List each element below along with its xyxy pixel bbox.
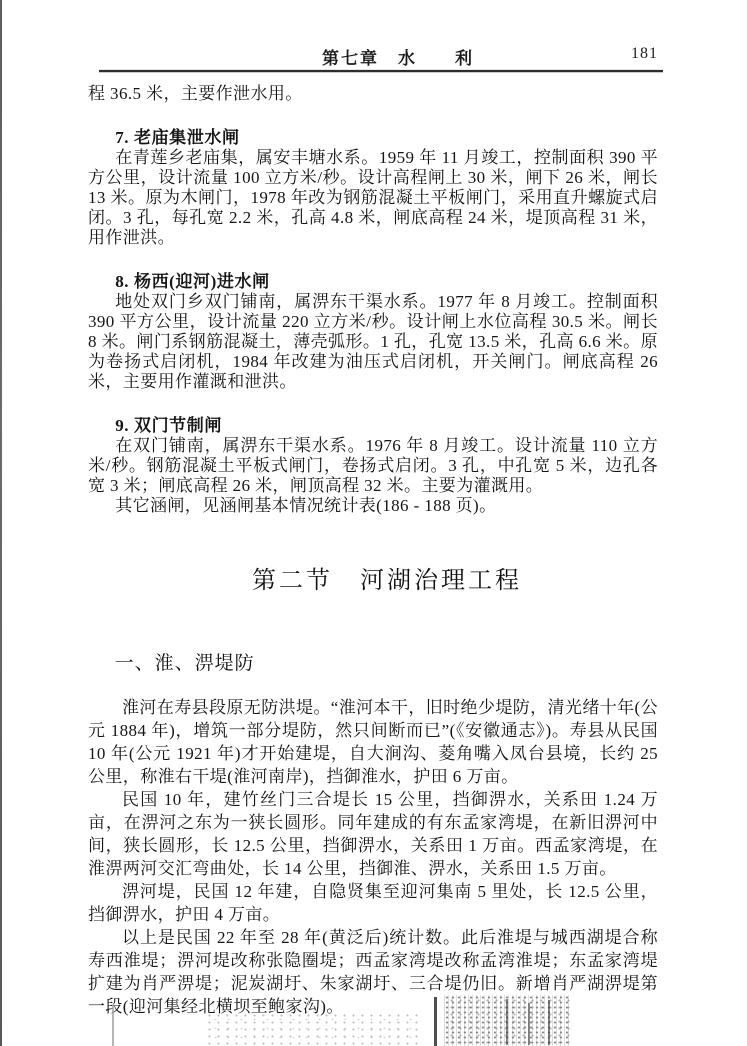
scan-noise-streak <box>506 999 508 1045</box>
carryover-line: 程 36.5 米，主要作泄水用。 <box>88 84 658 104</box>
chapter-title: 第七章 水 利 <box>118 44 678 69</box>
subsection-body: 淮河在寿县段原无防洪堤。“淮河本干，旧时绝少堤防，清光绪十年(公元 1884 年… <box>88 696 658 1018</box>
cross-reference-note: 其它涵闸，见涵闸基本情况统计表(186 - 188 页)。 <box>88 496 658 516</box>
gate-section-8: 8. 杨西(迎河)进水闸 地处双门乡双门铺南，属淠东干渠水系。1977 年 8 … <box>88 272 658 392</box>
scanned-book-page: 第七章 水 利 181 程 36.5 米，主要作泄水用。 7. 老庙集泄水闸 在… <box>0 0 747 1046</box>
gate-heading: 9. 双门节制闸 <box>88 416 658 436</box>
running-header: 第七章 水 利 181 <box>100 44 660 68</box>
paragraph: 淮河在寿县段原无防洪堤。“淮河本干，旧时绝少堤防，清光绪十年(公元 1884 年… <box>88 696 658 788</box>
gate-section-9: 9. 双门节制闸 在双门铺南，属淠东干渠水系。1976 年 8 月竣工。设计流量… <box>88 416 658 496</box>
scan-noise-light <box>205 1012 420 1046</box>
page-number: 181 <box>631 45 658 63</box>
paragraph: 民国 10 年，建竹丝门三合堤长 15 公里，挡御淠水，关系田 1.24 万亩，… <box>88 788 658 880</box>
gate-body: 在双门铺南，属淠东干渠水系。1976 年 8 月竣工。设计流量 110 立方米/… <box>88 436 658 496</box>
gate-heading: 7. 老庙集泄水闸 <box>88 128 658 148</box>
scan-noise-tick <box>112 1006 114 1046</box>
paragraph: 淠河堤，民国 12 年建，自隐贤集至迎河集南 5 里处，长 12.5 公里，挡御… <box>88 880 658 926</box>
scan-noise-line <box>434 997 437 1046</box>
section-title: 第二节 河湖治理工程 <box>102 566 672 596</box>
gate-section-7: 7. 老庙集泄水闸 在青莲乡老庙集，属安丰塘水系。1959 年 11 月竣工，控… <box>88 128 658 248</box>
paragraph: 以上是民国 22 年至 28 年(黄泛后)统计数。此后淮堤与城西湖堤合称寿西淮堤… <box>88 926 658 1018</box>
scan-edge-artifact <box>0 0 2 1046</box>
header-rule <box>99 70 663 72</box>
subsection-title: 一、淮、淠堤防 <box>88 652 658 676</box>
scan-noise-streak <box>528 1003 530 1045</box>
gate-body: 在青莲乡老庙集，属安丰塘水系。1959 年 11 月竣工，控制面积 390 平方… <box>88 148 658 248</box>
gate-heading: 8. 杨西(迎河)进水闸 <box>88 272 658 292</box>
scan-noise-streak <box>548 1000 550 1045</box>
text-column: 程 36.5 米，主要作泄水用。 7. 老庙集泄水闸 在青莲乡老庙集，属安丰塘水… <box>88 84 658 1018</box>
gate-body: 地处双门乡双门铺南，属淠东干渠水系。1977 年 8 月竣工。控制面积 390 … <box>88 292 658 392</box>
